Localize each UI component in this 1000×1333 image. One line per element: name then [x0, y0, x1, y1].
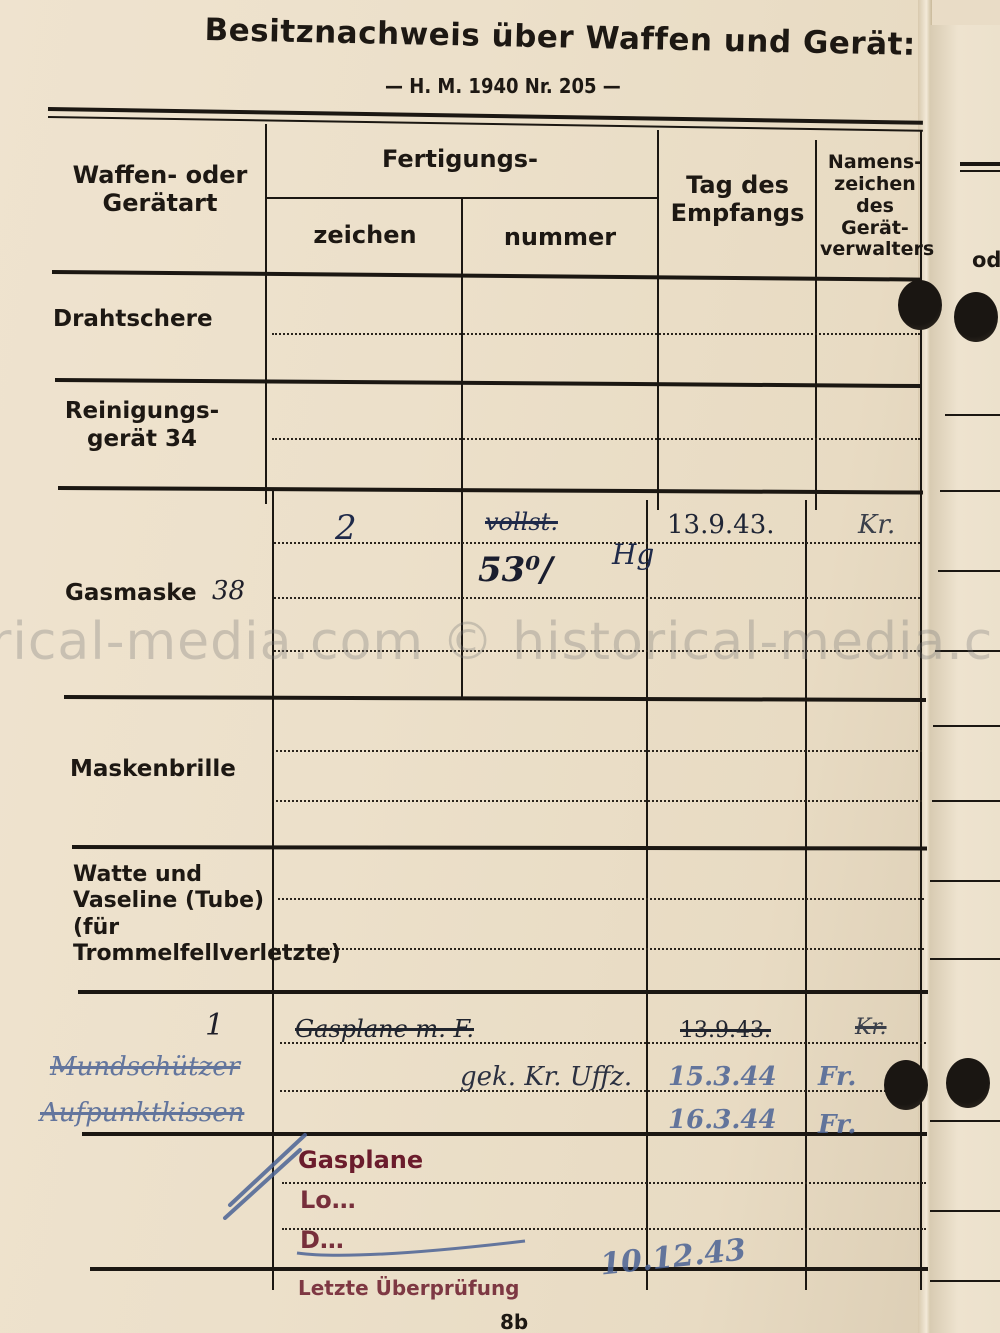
punch-hole — [954, 292, 998, 342]
document-subtitle: — H. M. 1940 Nr. 205 — — [385, 74, 621, 98]
extra-item-label-struck-1: Mundschützer — [50, 1052, 240, 1082]
next-page-line — [930, 958, 1000, 960]
stamp-gasplane: Gasplane — [298, 1146, 423, 1174]
next-page-line — [945, 414, 1000, 416]
row-label-maskenbrille: Maskenbrille — [70, 756, 236, 784]
row-label-watte-vaseline: Watte und Vaseline (Tube) (für Trommelfe… — [73, 862, 273, 968]
col-line — [815, 140, 817, 510]
dotted-line — [276, 800, 922, 802]
row-label-reinigungsgeraet: Reinigungs- gerät 34 — [57, 398, 227, 453]
dotted-line — [282, 1228, 926, 1230]
punch-hole — [884, 1060, 928, 1110]
row-label-drahtschere: Drahtschere — [53, 306, 213, 334]
pen-stroke-marks — [220, 1130, 310, 1220]
dotted-line — [276, 750, 922, 752]
dotted-line — [282, 1182, 926, 1184]
stamp-footer: Letzte Überprüfung — [298, 1276, 520, 1300]
col-line — [657, 130, 659, 510]
dotted-line — [272, 333, 920, 335]
next-page-edge — [930, 25, 1000, 1333]
dotted-line — [272, 438, 920, 440]
dotted-line — [274, 542, 920, 544]
row-label-gasmaske: Gasmaske — [65, 580, 197, 608]
header-nummer: nummer — [470, 224, 650, 252]
gasmaske-nummer-struck: vollst. — [485, 508, 558, 536]
extra-line1-date-struck: 13.9.43. — [680, 1018, 771, 1043]
dotted-line — [278, 948, 924, 950]
punch-hole — [898, 280, 942, 330]
extra-line2-signature: Fr. — [818, 1062, 856, 1092]
gasmaske-signature: Kr. — [858, 510, 895, 540]
page-number: 8b — [500, 1310, 528, 1333]
next-page-line — [930, 880, 1000, 882]
next-page-line — [940, 490, 1000, 492]
extra-line3-date: 16.3.44 — [668, 1105, 777, 1135]
extra-line1-signature-struck: Kr. — [855, 1015, 887, 1040]
row-rule — [90, 1267, 928, 1271]
stamp-line-3: D… — [300, 1226, 344, 1254]
extra-line2-note: gek. Kr. Uffz. — [460, 1062, 632, 1092]
dotted-line — [274, 597, 920, 599]
header-signature: Namens- zeichen des Gerät- verwalters — [820, 152, 930, 261]
header-type: Waffen- oder Gerätart — [60, 162, 260, 217]
next-page-line — [933, 725, 1000, 727]
gasmaske-nummer: 53⁰/ — [478, 550, 553, 590]
extra-line2-date: 15.3.44 — [668, 1062, 777, 1092]
gasmaske-date: 13.9.43. — [667, 510, 775, 540]
extra-item-count: 1 — [205, 1008, 224, 1043]
extra-line3-signature: Fr. — [818, 1110, 856, 1140]
next-page-line — [932, 800, 1000, 802]
dotted-line — [278, 898, 924, 900]
header-zeichen: zeichen — [275, 222, 455, 250]
next-page-rule — [960, 162, 1000, 166]
header-date: Tag des Empfangs — [665, 172, 810, 227]
gasmaske-model-handwritten: 38 — [212, 576, 245, 606]
row-rule — [78, 990, 928, 994]
extra-line1-struck: Gasplane m. F. — [295, 1015, 474, 1043]
next-page-line — [930, 1120, 1000, 1122]
next-page-rule-thin — [960, 170, 1000, 172]
extra-item-label-struck-2: Aufpunktkissen — [40, 1098, 244, 1128]
row-rule — [82, 1132, 927, 1136]
punch-hole — [946, 1058, 990, 1108]
col-line — [265, 124, 267, 504]
next-page-line — [938, 570, 1000, 572]
gasmaske-nummer-note: Hg — [612, 538, 654, 571]
next-page-line — [930, 1280, 1000, 1282]
header-fertigung: Fertigungs- — [340, 146, 580, 174]
stamp-line-2: Lo… — [300, 1186, 356, 1214]
next-page-text-fragment: od — [972, 248, 1000, 272]
watermark: rical-media.com © historical-media.c — [0, 612, 1000, 672]
gasmaske-zeichen: 2 — [335, 508, 357, 548]
next-page-line — [930, 1210, 1000, 1212]
